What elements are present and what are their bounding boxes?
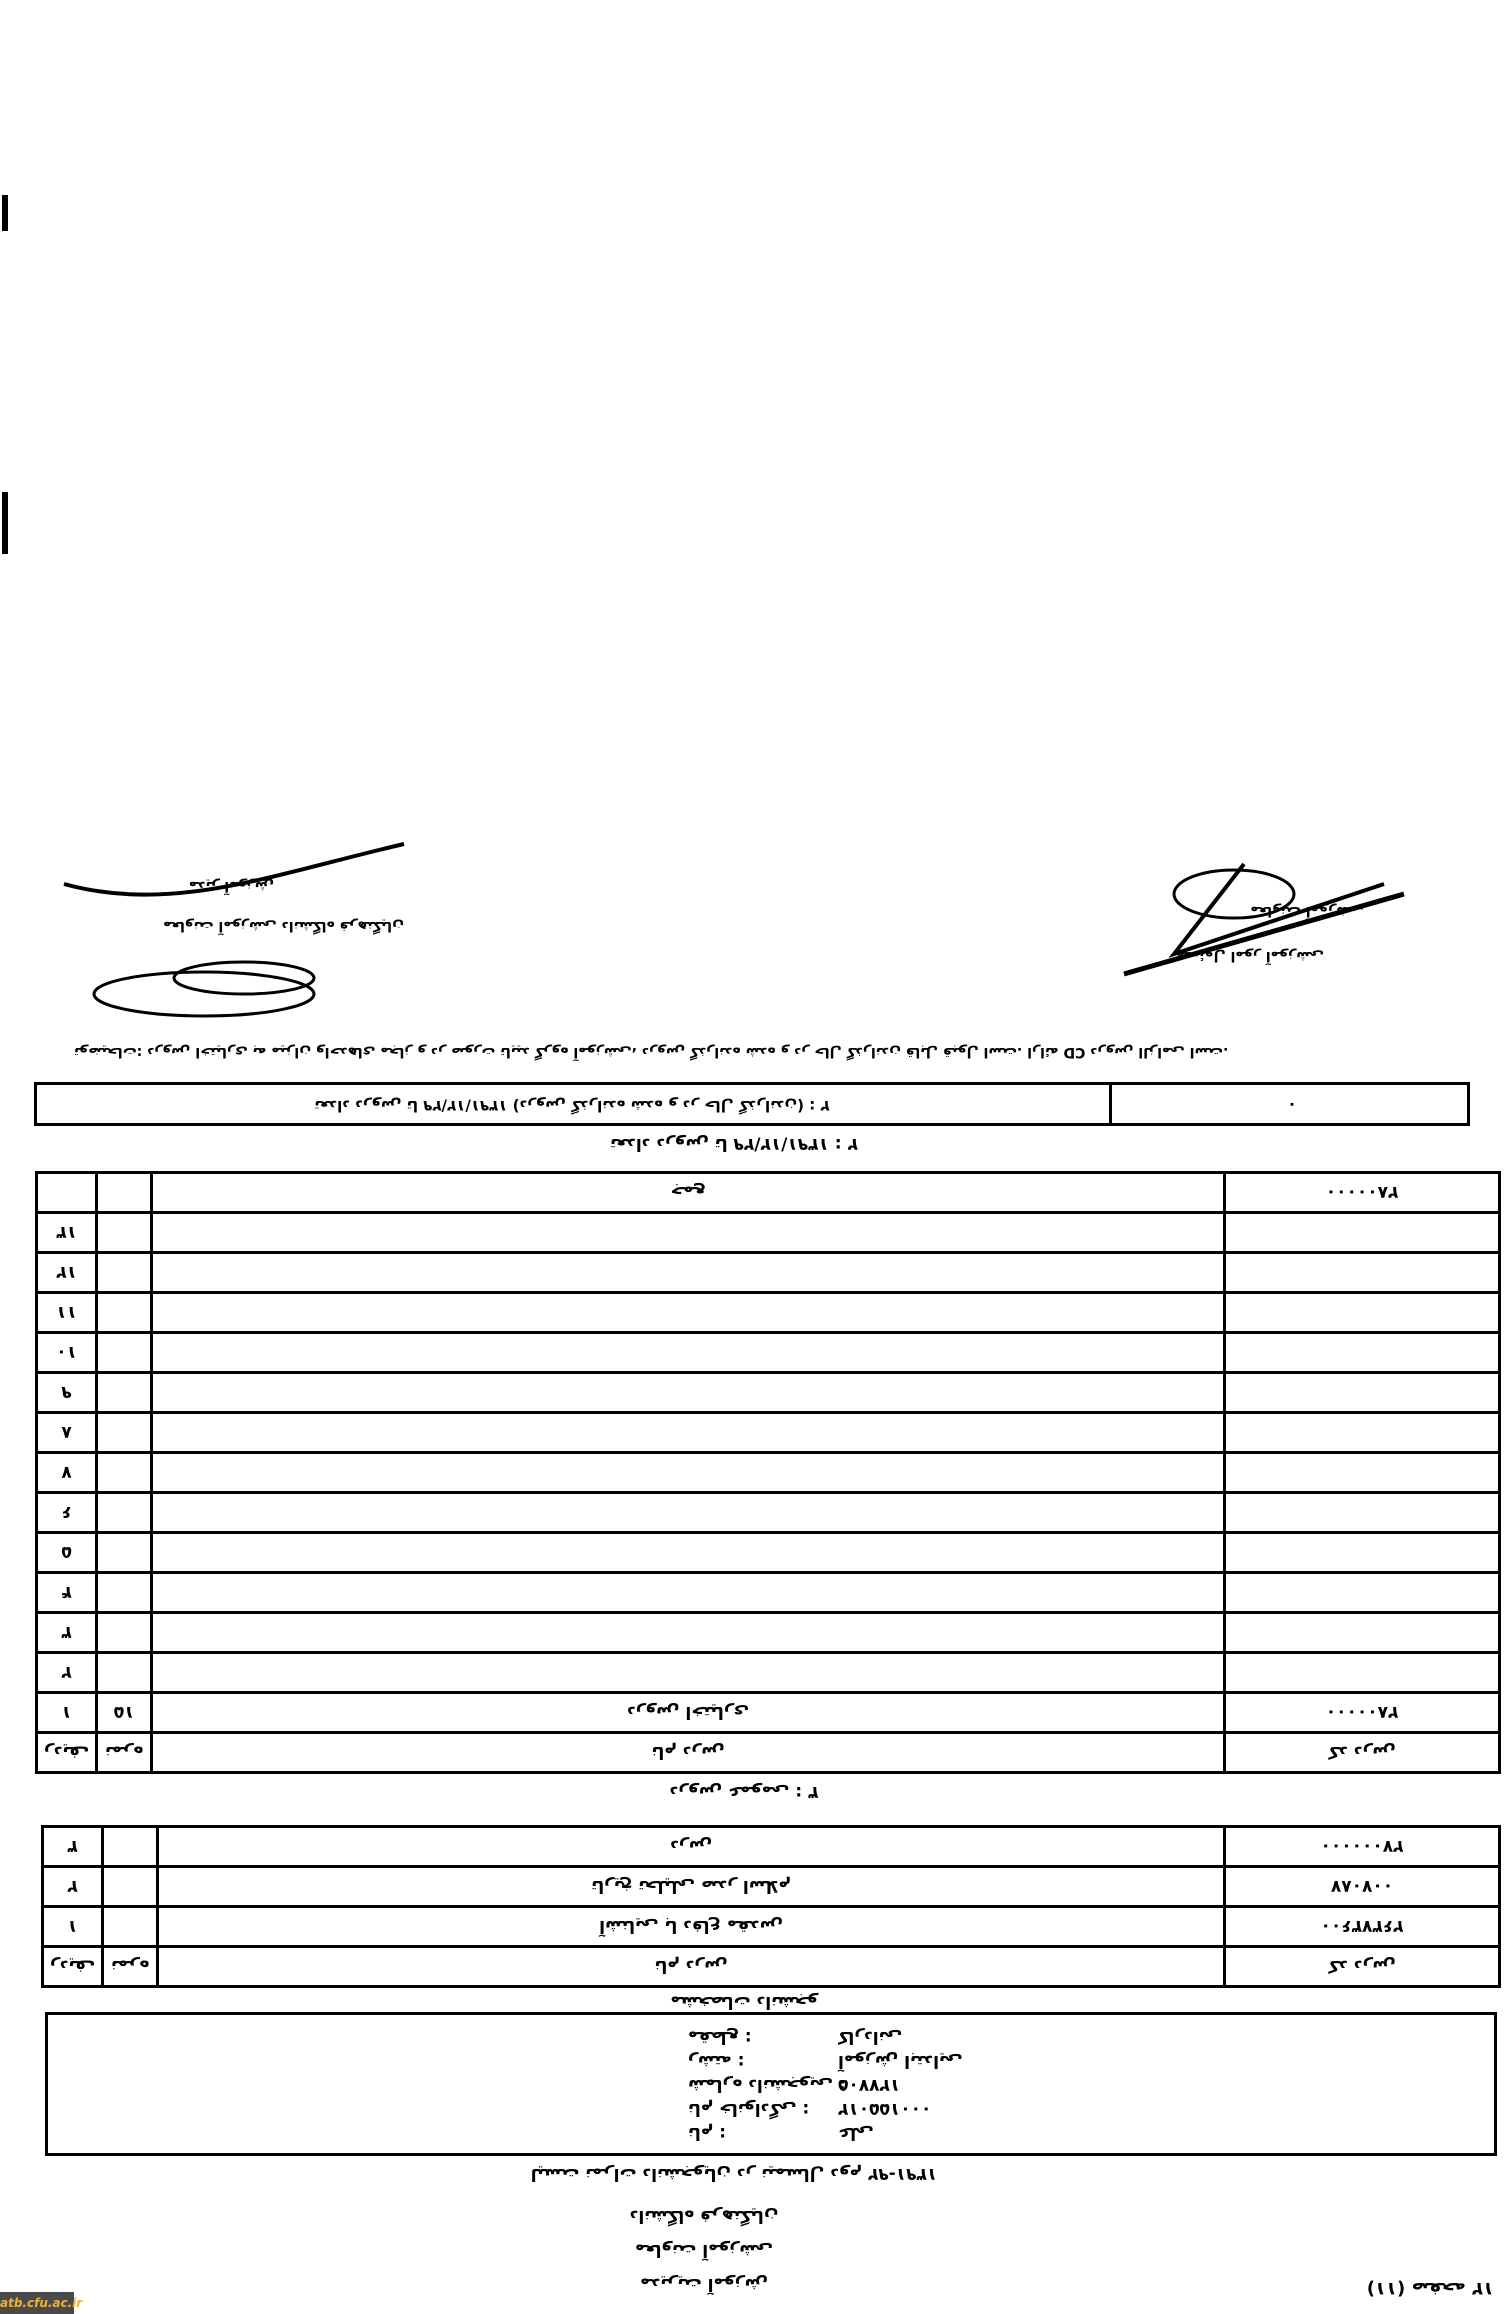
cell-code (1225, 1373, 1500, 1413)
student-field-label: شماره دانشجویی : (688, 2075, 846, 2095)
student-field-value: آموزش ابتدایی (838, 2051, 963, 2071)
cell-grade (97, 1613, 152, 1653)
cell-code: ۰۰۷۰۸۷ (1225, 1867, 1500, 1907)
cell-row: ۲ (43, 1867, 103, 1907)
cell-grade (97, 1213, 152, 1253)
footer-name: جمع (152, 1173, 1225, 1213)
student-fields: نام :علینام خانوادگی :۰۰۰۱۵۵۰۱۲شماره دان… (48, 2023, 1494, 2143)
cell-name: آشنایی با دفاع مقدس (158, 1907, 1225, 1947)
table-row: ۱۲ (37, 1253, 1500, 1293)
cell-name (152, 1453, 1225, 1493)
cell-name (152, 1413, 1225, 1453)
table-row: ۲ (37, 1653, 1500, 1693)
cell-row: ۱۱ (37, 1293, 97, 1333)
cell-code (1225, 1493, 1500, 1533)
table-footer-row: ۲۸۰۰۰۰۰جمع (37, 1173, 1500, 1213)
header-lines: مدیریت آموزش معاونت آموزشی دانشگاه فرهنگ… (404, 2206, 1004, 2294)
rotated-form: (۱۱) صفحه ۱۲ مدیریت آموزش معاونت آموزشی … (0, 700, 1504, 2314)
table-row: ۶ (37, 1493, 1500, 1533)
cell-grade (97, 1653, 152, 1693)
scan-mark-top (2, 195, 8, 231)
cell-grade: ۱۵ (97, 1693, 152, 1733)
summary-right: ۰ (1117, 1096, 1467, 1115)
signature-right-title: مدیر آموزش (189, 878, 274, 894)
note-text: توضیحات: دروس اختیاری به میزان واحدهای م… (74, 1040, 1464, 1064)
cell-grade (103, 1907, 158, 1947)
scan-mark-bottom (2, 492, 8, 554)
main-table-title: تعداد دروس تا ۱۳۹۱/۱۲/۲۹ : ۲ (524, 1134, 944, 1154)
intro-text: لیست نمرات دانشجویان در نیمسال دوم ۹۲-۱۳… (234, 2164, 1234, 2184)
cell-name: درس (158, 1827, 1225, 1867)
cell-row: ۲ (37, 1653, 97, 1693)
student-field: مقطع :کاردانی (48, 2023, 1494, 2047)
cell-name: دروس اختیاری (152, 1693, 1225, 1733)
cell-grade (97, 1373, 152, 1413)
header-code: کد درس (1225, 1947, 1500, 1987)
student-info-title: مشخصات دانشجو (544, 1992, 944, 2012)
cell-code: ۲۶۳۷۳۶۰۰ (1225, 1907, 1500, 1947)
cell-name (152, 1493, 1225, 1533)
table-row: ۴ (37, 1573, 1500, 1613)
cell-name (152, 1333, 1225, 1373)
table-header-row: کد درسنام درسنمرهردیف (43, 1947, 1500, 1987)
cell-grade (103, 1867, 158, 1907)
footer-empty (37, 1173, 97, 1213)
cell-row: ۳ (37, 1613, 97, 1653)
student-info-box: نام :علینام خانوادگی :۰۰۰۱۵۵۰۱۲شماره دان… (45, 2012, 1497, 2156)
table-row: ۲۸۰۰۰۰۰دروس اختیاری۱۵۱ (37, 1693, 1500, 1733)
student-field-label: نام : (688, 2123, 726, 2143)
footer-empty (97, 1173, 152, 1213)
cell-grade (97, 1413, 152, 1453)
cell-name (152, 1573, 1225, 1613)
header-name: نام درس (152, 1733, 1225, 1773)
header-code: کد درس (1225, 1733, 1500, 1773)
cell-grade (103, 1827, 158, 1867)
student-field-value: ۱۲۷۷۰۵ (838, 2075, 900, 2095)
cell-row: ۱۰ (37, 1333, 97, 1373)
header-line: دانشگاه فرهنگیان (404, 2206, 1004, 2226)
general-courses-table: کد درسنام درسنمرهردیف۲۶۳۷۳۶۰۰آشنایی با د… (41, 1825, 1501, 1988)
cell-name (152, 1253, 1225, 1293)
cell-row: ۶ (37, 1493, 97, 1533)
cell-row: ۱۲ (37, 1253, 97, 1293)
cell-code (1225, 1293, 1500, 1333)
signature-right-block: معاونت آموزشی دانشگاه فرهنگیان مدیر آموز… (44, 834, 424, 1034)
cell-code (1225, 1653, 1500, 1693)
cell-row: ۴ (37, 1573, 97, 1613)
signature-left-org: معاونت آموزشی (1250, 903, 1364, 919)
general-table-title: دروس عمومی : ۳ (544, 1782, 944, 1802)
cell-row: ۸ (37, 1413, 97, 1453)
table-row: ۲۷۰۰۰۰۰۰درس۳ (43, 1827, 1500, 1867)
cell-code (1225, 1613, 1500, 1653)
cell-grade (97, 1253, 152, 1293)
cell-code (1225, 1533, 1500, 1573)
summary-left: تعداد دروس تا ۱۳۹۱/۱۲/۲۹ (دروس گذرانده ش… (37, 1097, 1107, 1115)
cell-row: ۳ (43, 1827, 103, 1867)
signature-scribble-icon (1044, 834, 1424, 1014)
signature-right-org: معاونت آموزشی دانشگاه فرهنگیان (163, 918, 404, 934)
cell-code: ۲۸۰۰۰۰۰ (1225, 1693, 1500, 1733)
cell-row: ۱۳ (37, 1213, 97, 1253)
watermark: atb.cfu.ac.ir (0, 2292, 74, 2314)
table-row: ۱۳ (37, 1213, 1500, 1253)
header-row: ردیف (43, 1947, 103, 1987)
cell-grade (97, 1293, 152, 1333)
cell-name (152, 1373, 1225, 1413)
cell-grade (97, 1453, 152, 1493)
cell-name (152, 1533, 1225, 1573)
cell-grade (97, 1573, 152, 1613)
cell-row: ۹ (37, 1373, 97, 1413)
table-row: ۷ (37, 1453, 1500, 1493)
cell-name (152, 1213, 1225, 1253)
cell-grade (97, 1533, 152, 1573)
cell-code (1225, 1213, 1500, 1253)
cell-name (152, 1653, 1225, 1693)
student-field: رشته :آموزش ابتدایی (48, 2047, 1494, 2071)
table-header-row: کد درسنام درسنمرهردیف (37, 1733, 1500, 1773)
table-row: ۰۰۷۰۸۷تاریخ تحلیلی صدر اسلام۲ (43, 1867, 1500, 1907)
cell-grade (97, 1493, 152, 1533)
student-field-value: ۰۰۰۱۵۵۰۱۲ (838, 2099, 931, 2119)
student-field-label: مقطع : (688, 2027, 752, 2047)
main-courses-table: کد درسنام درسنمرهردیف۲۸۰۰۰۰۰دروس اختیاری… (35, 1171, 1501, 1774)
cell-grade (97, 1333, 152, 1373)
cell-code (1225, 1453, 1500, 1493)
student-field: نام خانوادگی :۰۰۰۱۵۵۰۱۲ (48, 2095, 1494, 2119)
header-name: نام درس (158, 1947, 1225, 1987)
student-field-label: نام خانوادگی : (688, 2099, 809, 2119)
student-field: شماره دانشجویی :۱۲۷۷۰۵ (48, 2071, 1494, 2095)
page-number: (۱۱) صفحه ۱۲ (1367, 2278, 1494, 2299)
header-line: معاونت آموزشی (404, 2240, 1004, 2260)
cell-code: ۲۷۰۰۰۰۰۰ (1225, 1827, 1500, 1867)
student-field-label: رشته : (688, 2051, 744, 2071)
cell-code (1225, 1333, 1500, 1373)
table-row: ۲۶۳۷۳۶۰۰آشنایی با دفاع مقدس۱ (43, 1907, 1500, 1947)
summary-box: ۰ تعداد دروس تا ۱۳۹۱/۱۲/۲۹ (دروس گذرانده… (34, 1082, 1470, 1126)
cell-name (152, 1613, 1225, 1653)
header-line: مدیریت آموزش (404, 2274, 1004, 2294)
cell-row: ۱ (37, 1693, 97, 1733)
student-field-value: علی (838, 2123, 874, 2143)
header-grade: نمره (97, 1733, 152, 1773)
cell-row: ۵ (37, 1533, 97, 1573)
header-row: ردیف (37, 1733, 97, 1773)
student-field-value: کاردانی (838, 2027, 902, 2047)
cell-row: ۱ (43, 1907, 103, 1947)
cell-code (1225, 1253, 1500, 1293)
signature-left-block: معاونت آموزشی مسئول امور آموزشی (1044, 834, 1424, 1014)
table-row: ۹ (37, 1373, 1500, 1413)
table-row: ۳ (37, 1613, 1500, 1653)
cell-code (1225, 1413, 1500, 1453)
signature-left-title: مسئول امور آموزشی (1176, 948, 1324, 964)
cell-code (1225, 1573, 1500, 1613)
table-row: ۵ (37, 1533, 1500, 1573)
cell-name: تاریخ تحلیلی صدر اسلام (158, 1867, 1225, 1907)
header-grade: نمره (103, 1947, 158, 1987)
cell-row: ۷ (37, 1453, 97, 1493)
student-field: نام :علی (48, 2119, 1494, 2143)
footer-code: ۲۸۰۰۰۰۰ (1225, 1173, 1500, 1213)
table-row: ۱۰ (37, 1333, 1500, 1373)
table-row: ۱۱ (37, 1293, 1500, 1333)
cell-name (152, 1293, 1225, 1333)
summary-divider (1109, 1085, 1112, 1123)
table-row: ۸ (37, 1413, 1500, 1453)
signature-scribble-icon (44, 834, 424, 1034)
